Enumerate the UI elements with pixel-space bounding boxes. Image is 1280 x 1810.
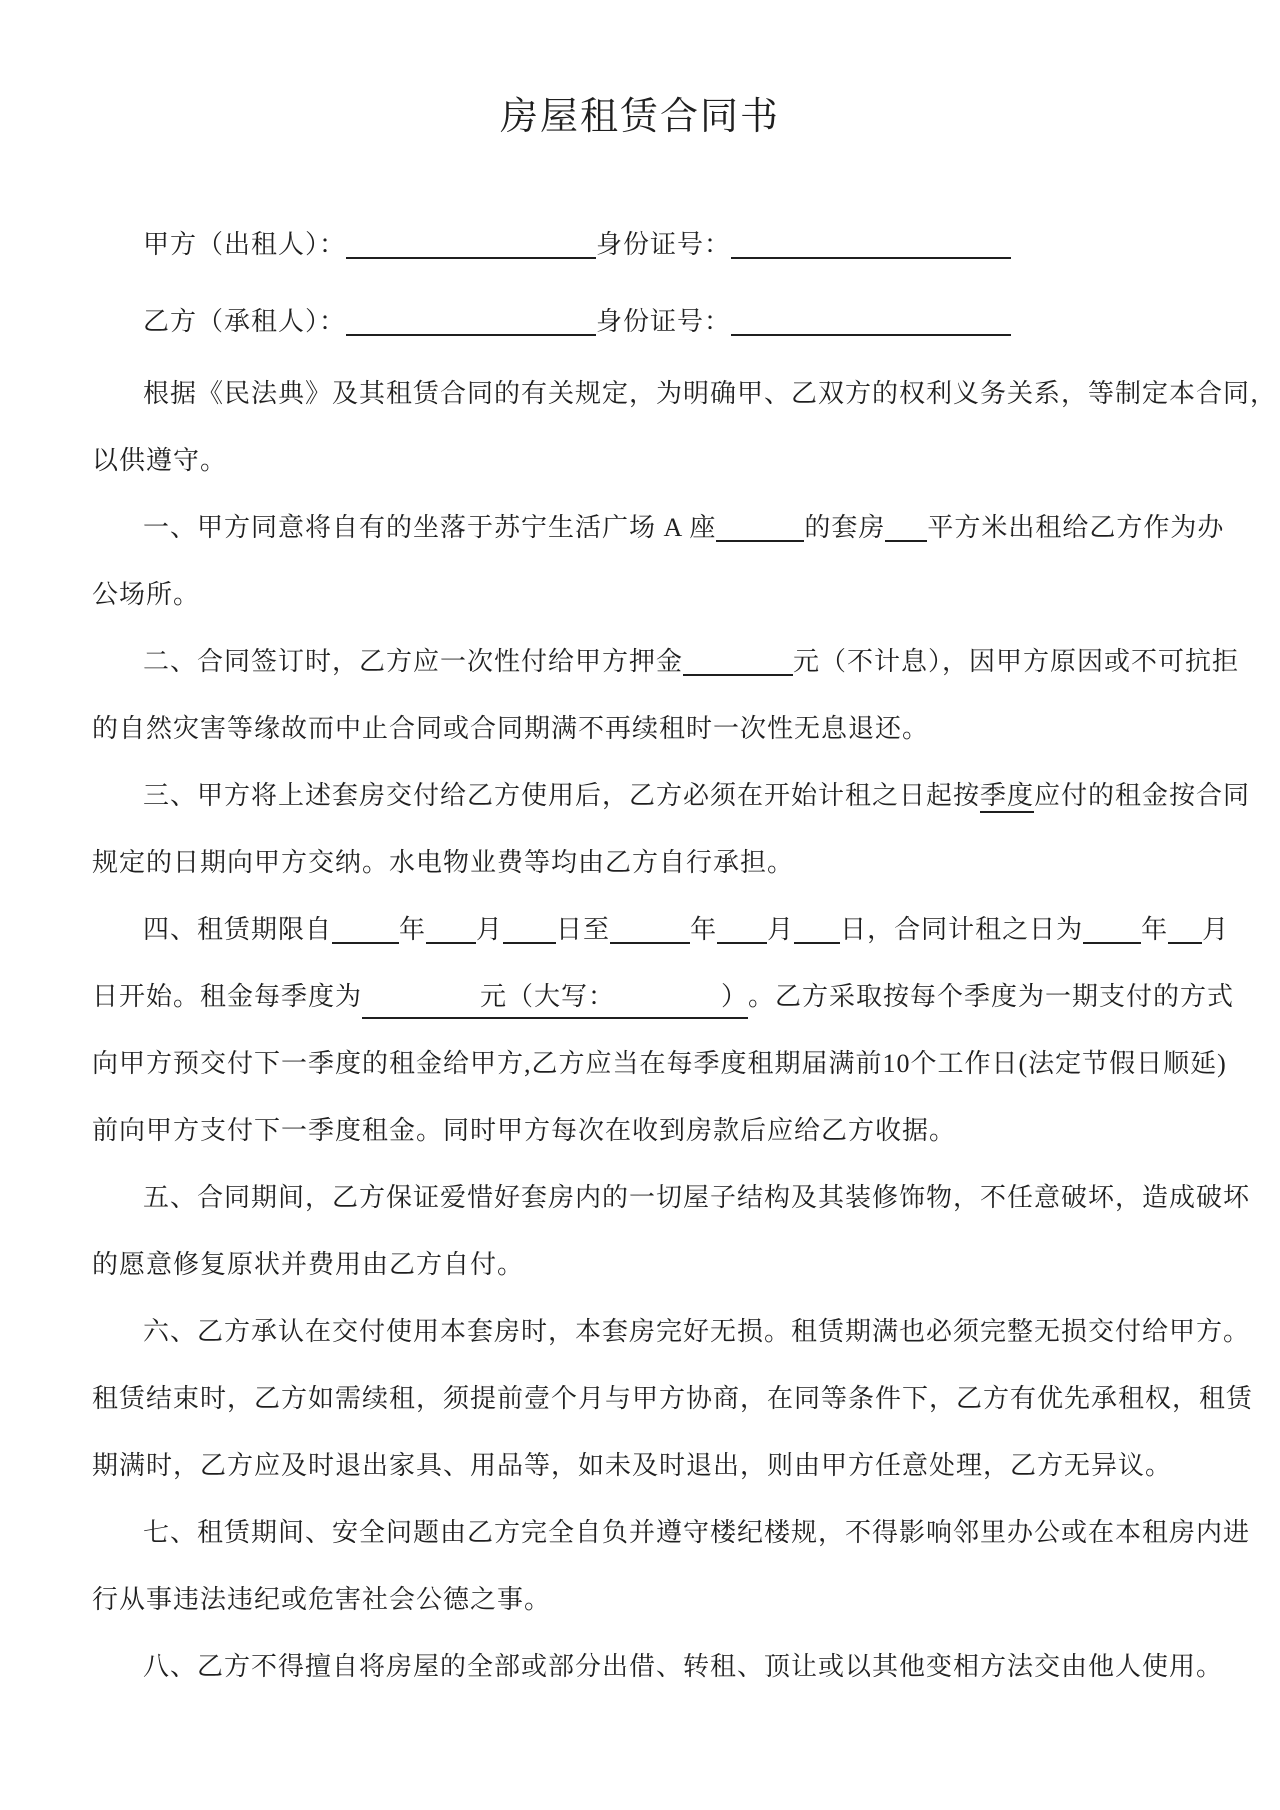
blank-underline-field xyxy=(716,516,804,542)
text-run: 月 xyxy=(1202,915,1229,944)
contract-line: 三、甲方将上述套房交付给乙方使用后，乙方必须在开始计租之日起按季度应付的租金按合… xyxy=(92,762,1240,829)
contract-line: 七、租赁期间、安全问题由乙方完全自负并遵守楼纪楼规，不得影响邻里办公或在本租房内… xyxy=(92,1499,1240,1566)
contract-line: 六、乙方承认在交付使用本套房时，本套房完好无损。租赁期满也必须完整无损交付给甲方… xyxy=(92,1298,1240,1365)
text-run: 身份证号： xyxy=(596,307,731,336)
blank-underline-field xyxy=(426,918,476,944)
text-run: 二、合同签订时，乙方应一次性付给甲方押金 xyxy=(143,647,683,676)
text-run: 月 xyxy=(476,915,503,944)
text-run: 乙方（承租人）： xyxy=(143,307,346,336)
contract-line: 四、租赁期限自年月日至年月日，合同计租之日为年月 xyxy=(92,896,1240,963)
contract-line: 甲方（出租人）：身份证号： xyxy=(92,206,1240,283)
contract-line: 根据《民法典》及其租赁合同的有关规定，为明确甲、乙双方的权利义务关系，等制定本合… xyxy=(92,360,1240,427)
text-run: 公场所。 xyxy=(92,580,200,609)
blank-underline-field xyxy=(362,995,480,1005)
contract-line: 以供遵守。 xyxy=(92,427,1240,494)
blank-underline-field xyxy=(332,918,399,944)
text-run: ） xyxy=(721,982,748,1011)
contract-line: 租赁结束时，乙方如需续租，须提前壹个月与甲方协商，在同等条件下，乙方有优先承租权… xyxy=(92,1365,1240,1432)
blank-underline-field xyxy=(1083,918,1141,944)
text-run: 的套房 xyxy=(804,513,885,542)
contract-line: 的自然灾害等缘故而中止合同或合同期满不再续租时一次性无息退还。 xyxy=(92,695,1240,762)
text-run: 行从事违法违纪或危害社会公德之事。 xyxy=(92,1585,551,1614)
text-run: 八、乙方不得擅自将房屋的全部或部分出借、转租、顶让或以其他变相方法交由他人使用。 xyxy=(143,1652,1223,1681)
text-run: 的自然灾害等缘故而中止合同或合同期满不再续租时一次性无息退还。 xyxy=(92,714,929,743)
contract-line: 公场所。 xyxy=(92,561,1240,628)
blank-underline-field xyxy=(683,650,793,676)
text-run: 元（不计息），因甲方原因或不可抗拒 xyxy=(793,647,1239,676)
contract-line: 五、合同期间，乙方保证爱惜好套房内的一切屋子结构及其装修饰物，不任意破坏，造成破… xyxy=(92,1164,1240,1231)
contract-line: 八、乙方不得擅自将房屋的全部或部分出借、转租、顶让或以其他变相方法交由他人使用。 xyxy=(92,1633,1240,1700)
contract-line: 乙方（承租人）：身份证号： xyxy=(92,283,1240,360)
text-run: 应付的租金按合同 xyxy=(1034,781,1250,810)
text-run: 规定的日期向甲方交纳。水电物业费等均由乙方自行承担。 xyxy=(92,848,794,877)
contract-line: 规定的日期向甲方交纳。水电物业费等均由乙方自行承担。 xyxy=(92,829,1240,896)
document-title: 房屋租赁合同书 xyxy=(0,0,1280,142)
text-run: 五、合同期间，乙方保证爱惜好套房内的一切屋子结构及其装修饰物，不任意破坏，造成破… xyxy=(143,1183,1250,1212)
contract-line: 二、合同签订时，乙方应一次性付给甲方押金元（不计息），因甲方原因或不可抗拒 xyxy=(92,628,1240,695)
text-run: 根据《民法典》及其租赁合同的有关规定，为明确甲、乙双方的权利义务关系，等制定本合… xyxy=(143,379,1277,408)
blank-underline-field xyxy=(885,516,927,542)
text-run: 一、甲方同意将自有的坐落于苏宁生活广场 A 座 xyxy=(143,513,716,542)
contract-line: 日开始。租金每季度为元（大写：）。乙方采取按每个季度为一期支付的方式 xyxy=(92,963,1240,1030)
text-run: 平方米出租给乙方作为办 xyxy=(927,513,1224,542)
text-run: 七、租赁期间、安全问题由乙方完全自负并遵守楼纪楼规，不得影响邻里办公或在本租房内… xyxy=(143,1518,1250,1547)
text-run: 日开始。租金每季度为 xyxy=(92,982,362,1011)
text-run: 元（大写： xyxy=(480,982,615,1011)
document-page: { "title": "房屋租赁合同书", "colors": { "backg… xyxy=(0,0,1280,1810)
text-run: 三、甲方将上述套房交付给乙方使用后，乙方必须在开始计租之日起按 xyxy=(143,781,980,810)
contract-line: 期满时，乙方应及时退出家具、用品等，如未及时退出，则由甲方任意处理，乙方无异议。 xyxy=(92,1432,1240,1499)
contract-lines: 甲方（出租人）：身份证号：乙方（承租人）：身份证号：根据《民法典》及其租赁合同的… xyxy=(0,206,1280,1700)
text-run: 年 xyxy=(690,915,717,944)
text-run: 年 xyxy=(1141,915,1168,944)
contract-line: 的愿意修复原状并费用由乙方自付。 xyxy=(92,1231,1240,1298)
blank-underline-field xyxy=(503,918,556,944)
text-run: 月 xyxy=(767,915,794,944)
underlined-blank-group: 元（大写：） xyxy=(362,981,748,1019)
blank-underline-field xyxy=(346,310,596,336)
contract-line: 行从事违法违纪或危害社会公德之事。 xyxy=(92,1566,1240,1633)
blank-underline-field xyxy=(615,995,721,1005)
text-run: 。乙方采取按每个季度为一期支付的方式 xyxy=(748,982,1234,1011)
text-run: 身份证号： xyxy=(596,230,731,259)
blank-underline-field xyxy=(717,918,767,944)
underlined-text: 季度 xyxy=(980,781,1034,813)
text-run: 前向甲方支付下一季度租金。同时甲方每次在收到房款后应给乙方收据。 xyxy=(92,1116,956,1145)
blank-underline-field xyxy=(794,918,840,944)
contract-line: 向甲方预交付下一季度的租金给甲方,乙方应当在每季度租期届满前10个工作日(法定节… xyxy=(92,1030,1240,1097)
blank-underline-field xyxy=(610,918,690,944)
blank-underline-field xyxy=(731,310,1011,336)
contract-line: 前向甲方支付下一季度租金。同时甲方每次在收到房款后应给乙方收据。 xyxy=(92,1097,1240,1164)
text-run: 日至 xyxy=(556,915,610,944)
text-run: 甲方（出租人）： xyxy=(143,230,346,259)
contract-line: 一、甲方同意将自有的坐落于苏宁生活广场 A 座的套房平方米出租给乙方作为办 xyxy=(92,494,1240,561)
blank-underline-field xyxy=(731,233,1011,259)
text-run: 的愿意修复原状并费用由乙方自付。 xyxy=(92,1250,524,1279)
text-run: 六、乙方承认在交付使用本套房时，本套房完好无损。租赁期满也必须完整无损交付给甲方… xyxy=(143,1317,1250,1346)
text-run: 租赁结束时，乙方如需续租，须提前壹个月与甲方协商，在同等条件下，乙方有优先承租权… xyxy=(92,1384,1253,1413)
text-run: 年 xyxy=(399,915,426,944)
blank-underline-field xyxy=(1168,918,1202,944)
text-run: 四、租赁期限自 xyxy=(143,915,332,944)
text-run: 日，合同计租之日为 xyxy=(840,915,1083,944)
text-run: 向甲方预交付下一季度的租金给甲方,乙方应当在每季度租期届满前10个工作日(法定节… xyxy=(92,1049,1227,1078)
blank-underline-field xyxy=(346,233,596,259)
text-run: 期满时，乙方应及时退出家具、用品等，如未及时退出，则由甲方任意处理，乙方无异议。 xyxy=(92,1451,1172,1480)
text-run: 以供遵守。 xyxy=(92,446,227,475)
